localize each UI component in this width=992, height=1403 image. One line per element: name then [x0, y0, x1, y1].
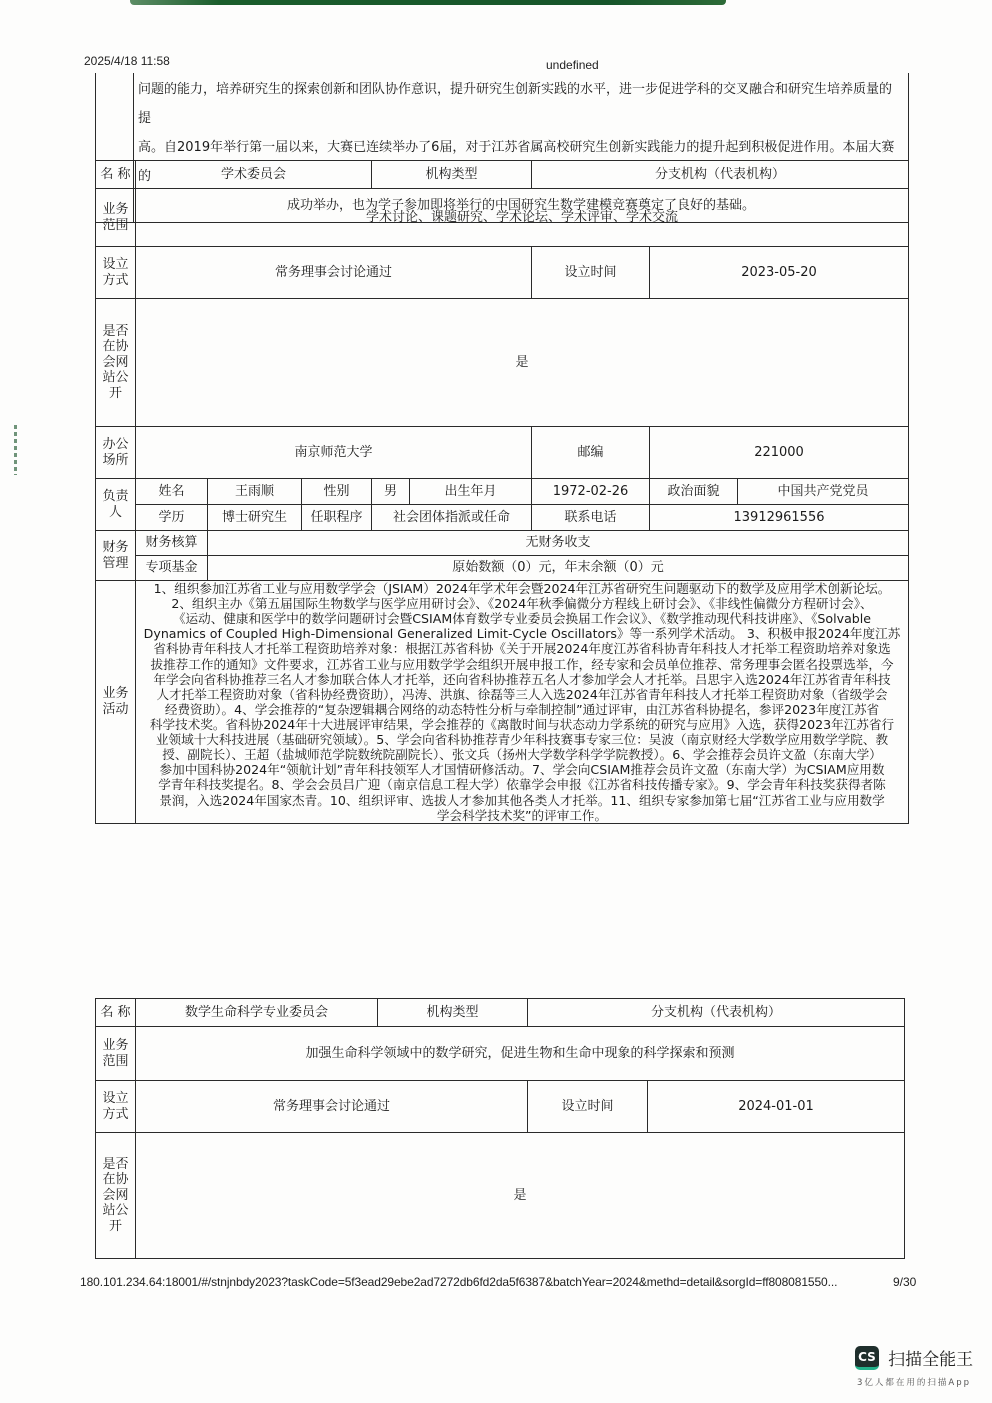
label-leader: 负责人	[96, 479, 136, 531]
org-name: 学术委员会	[136, 161, 372, 189]
page-number: 9/30	[893, 1275, 916, 1289]
activity-line: 《运动、健康和医学中的数学问题研讨会暨CSIAM体育数学专业委员会换届工作会议》…	[140, 611, 904, 626]
activity-line: 拔推荐工作的通知》文件要求，江苏省工业与应用数学学会组织开展申报工作，经专家和会…	[140, 657, 904, 672]
label-special-fund: 专项基金	[136, 556, 208, 581]
scan-edge-strip	[130, 0, 726, 5]
print-title: undefined	[546, 58, 599, 72]
activity-line: 业领域十大科技进展（基础研究领域）。5、学会向省科协推荐青少年科技赛事专家三位：…	[140, 732, 904, 747]
label-activities: 业务活动	[96, 581, 136, 824]
est-method: 常务理事会讨论通过	[136, 247, 532, 299]
activity-line: Dynamics of Coupled High-Dimensional Gen…	[140, 626, 904, 641]
org-type: 分支机构（代表机构）	[532, 161, 909, 189]
label-education: 学历	[136, 505, 208, 531]
activity-line: 学会科学技术奖”的评审工作。	[140, 808, 904, 823]
leader-name: 王雨顺	[208, 479, 302, 505]
business-scope: 学术讨论、课题研究、学术论坛、学术评审、学术交流	[136, 189, 909, 247]
postcode: 221000	[650, 427, 909, 479]
leader-education: 博士研究生	[208, 505, 302, 531]
leader-gender: 男	[372, 479, 410, 505]
brand-tagline: 3亿人都在用的扫描App	[855, 1376, 973, 1388]
label-office: 办公场所	[96, 427, 136, 479]
activity-line: 学青年科技奖提名。8、学会会员吕广迎（南京信息工程大学）依靠学会申报《江苏省科技…	[140, 777, 904, 792]
leader-birth: 1972-02-26	[532, 479, 650, 505]
label-public: 是否在协会网站公开	[96, 299, 136, 427]
activity-line: 科学技术奖。省科协2024年十大进展评审结果，学会推荐的《离散时间与状态动力学系…	[140, 717, 904, 732]
text-line: 问题的能力，培养研究生的探索创新和团队协作意识，提升研究生创新实践的水平，进一步…	[138, 75, 904, 133]
est-time: 2024-01-01	[648, 1081, 905, 1133]
org-type: 分支机构（代表机构）	[528, 999, 905, 1027]
label-politics: 政治面貌	[650, 479, 738, 505]
label-birth: 出生年月	[410, 479, 532, 505]
business-scope: 加强生命科学领域中的数学研究，促进生物和生命中现象的科学探索和预测	[136, 1027, 905, 1081]
activity-line: 年学会向省科协推荐三名人才参加联合体人才托举，还向省科协推荐五名人才参加学会人才…	[140, 672, 904, 687]
branch-record-academic-committee: 名 称 学术委员会 机构类型 分支机构（代表机构） 业务范围 学术讨论、课题研究…	[95, 160, 909, 824]
office-location: 南京师范大学	[136, 427, 532, 479]
brand-name: 扫描全能王	[888, 1350, 973, 1370]
print-datetime: 2025/4/18 11:58	[84, 54, 170, 68]
leader-phone: 13912961556	[650, 505, 909, 531]
accounting: 无财务收支	[208, 531, 909, 556]
scanner-watermark: CS 扫描全能王 3亿人都在用的扫描App	[855, 1345, 973, 1388]
activity-line: 经费资助）。4、学会推荐的“复杂逻辑耦合网络的动态特性分析与牵制控制”通过评审，…	[140, 702, 904, 717]
label-est-time: 设立时间	[532, 247, 650, 299]
public-on-website: 是	[136, 1133, 905, 1259]
leader-appointment: 社会团体指派或任命	[372, 505, 532, 531]
label-phone: 联系电话	[532, 505, 650, 531]
label-est-method: 设立方式	[96, 1081, 136, 1133]
page-url: 180.101.234.64:18001/#/stnjnbdy2023?task…	[80, 1275, 837, 1289]
activity-line: 景润，入选2024年国家杰青。10、组织评审、选拔人才参加其他各类人才托举。11…	[140, 793, 904, 808]
label-postcode: 邮编	[532, 427, 650, 479]
label-accounting: 财务核算	[136, 531, 208, 556]
label-scope: 业务范围	[96, 1027, 136, 1081]
leader-politics: 中国共产党党员	[738, 479, 909, 505]
label-name: 名 称	[96, 161, 136, 189]
activity-line: 2、组织主办《第五届国际生物数学与医学应用研讨会》、《2024年秋季偏微分方程线…	[140, 596, 904, 611]
label-finance: 财务管理	[96, 531, 136, 581]
camscanner-logo-icon: CS	[855, 1346, 879, 1370]
label-public: 是否在协会网站公开	[96, 1133, 136, 1259]
public-on-website: 是	[136, 299, 909, 427]
label-est-method: 设立方式	[96, 247, 136, 299]
label-est-time: 设立时间	[528, 1081, 648, 1133]
activity-line: 省科协青年科技人才托举工程资助培养对象：根据江苏省科协《关于开展2024年度江苏…	[140, 641, 904, 656]
label-gender: 性别	[302, 479, 372, 505]
label-scope: 业务范围	[96, 189, 136, 247]
activity-line: 人才托举工程资助对象（省科协经费资助），冯涛、洪旗、徐磊等三人入选2024年江苏…	[140, 687, 904, 702]
business-activities: 1、组织参加江苏省工业与应用数学学会（JSIAM）2024年学术年会暨2024年…	[136, 581, 909, 824]
est-time: 2023-05-20	[650, 247, 909, 299]
org-name: 数学生命科学专业委员会	[136, 999, 378, 1027]
activity-line: 1、组织参加江苏省工业与应用数学学会（JSIAM）2024年学术年会暨2024年…	[140, 581, 904, 596]
label-appointment: 任职程序	[302, 505, 372, 531]
branch-record-life-science-committee: 名 称 数学生命科学专业委员会 机构类型 分支机构（代表机构） 业务范围 加强生…	[95, 998, 905, 1259]
special-fund: 原始数额（0）元，年末余额（0）元	[208, 556, 909, 581]
activity-line: 参加中国科协2024年“领航计划”青年科技领军人才国情研修活动。7、学会向CSI…	[140, 762, 904, 777]
activity-line: 授、副院长）、王超（盐城师范学院数统院副院长）、张文兵（扬州大学数学科学学院教授…	[140, 747, 904, 762]
label-name: 名 称	[96, 999, 136, 1027]
label-org-type: 机构类型	[378, 999, 528, 1027]
label-org-type: 机构类型	[372, 161, 532, 189]
est-method: 常务理事会讨论通过	[136, 1081, 528, 1133]
label-person-name: 姓名	[136, 479, 208, 505]
scan-artifact	[14, 425, 17, 475]
